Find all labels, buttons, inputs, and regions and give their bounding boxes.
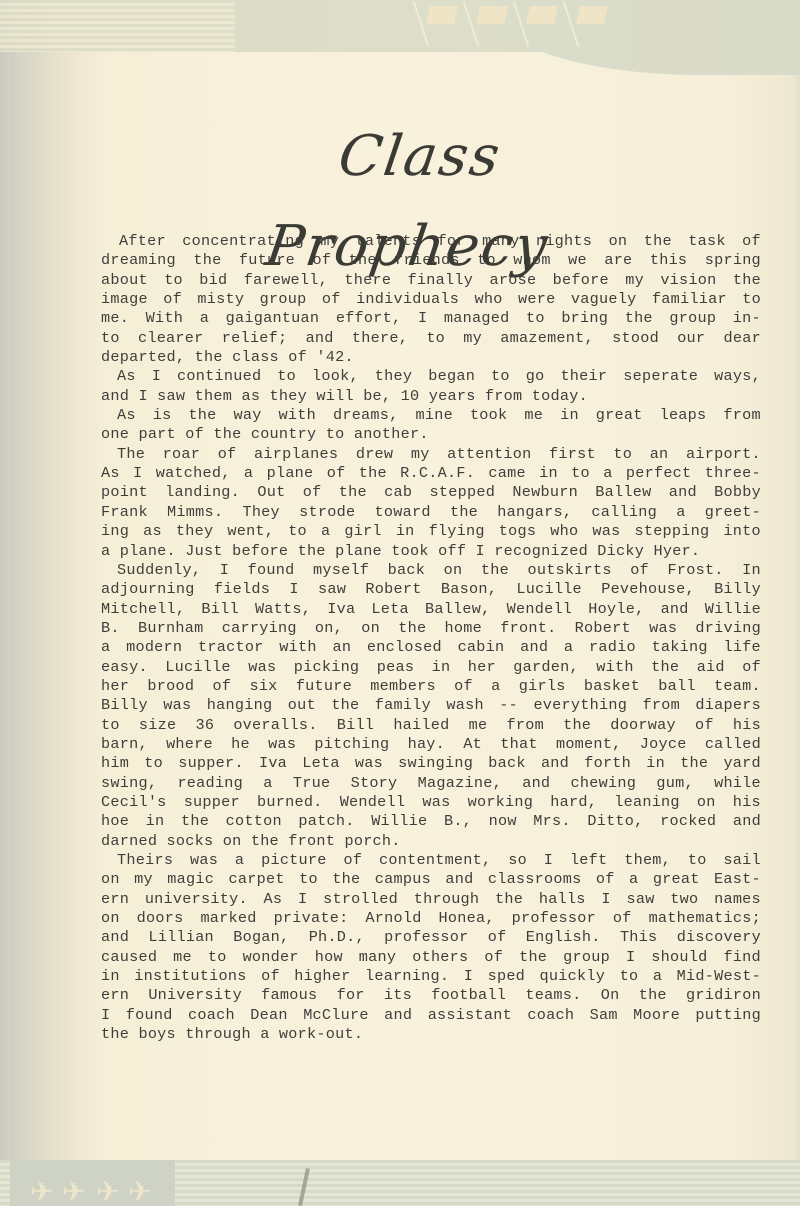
paragraph: Suddenly,Ifoundmyselfbackontheoutskirtso… (101, 561, 761, 851)
text-line: swing,readingaTrueStoryMagazine,andchewi… (101, 774, 761, 793)
text-line: dreamingthefutureofthefriendstowhomweare… (101, 251, 761, 270)
text-line: onmymagiccarpettothecampusandclassroomso… (101, 870, 761, 889)
paragraph: Theirswasapictureofcontentment,soIleftth… (101, 851, 761, 1044)
text-line: ingastheywent,toagirlinflyingtogswhowass… (101, 522, 761, 541)
prophecy-body-text: Afterconcentratingmytalentsformanynights… (101, 232, 761, 1044)
text-line: hoeinthecottonpatch.WillieB.,nowMrs.Ditt… (101, 812, 761, 831)
text-line: causedmetowonderhowmanyothersofthegroupI… (101, 948, 761, 967)
text-line: andLillianBogan,Ph.D.,professorofEnglish… (101, 928, 761, 947)
paragraph: AsIcontinuedtolook,theybegantogotheirsep… (101, 367, 761, 406)
airplane-icon: ✈ (96, 1174, 118, 1206)
top-decorative-band (0, 0, 800, 52)
yearbook-page: Class Prophecy Afterconcentratingmytalen… (0, 0, 800, 1206)
text-line: AsIcontinuedtolook,theybegantogotheirsep… (101, 367, 761, 386)
text-line: amoderntractorwithanenclosedcabinandarad… (101, 638, 761, 657)
text-line: Afterconcentratingmytalentsformanynights… (101, 232, 761, 251)
text-line: tosize36overalls.Billhailedmefromthedoor… (101, 716, 761, 735)
text-line: ernuniversity.AsIstrolledthroughthehalls… (101, 890, 761, 909)
paragraph: Asisthewaywithdreams,minetookmeingreatle… (101, 406, 761, 445)
text-line: and I saw them as they will be, 10 years… (101, 387, 761, 406)
flag-icon (526, 6, 558, 24)
flag-icon (426, 6, 458, 24)
text-line: Billywashangingoutthefamilywash--everyth… (101, 696, 761, 715)
text-line: ininstitutionsofhigherlearning.Ispedquic… (101, 967, 761, 986)
text-line: IfoundcoachDeanMcClureandassistantcoachS… (101, 1006, 761, 1025)
text-line: toclearerrelief;andthere,tomyamazement,s… (101, 329, 761, 348)
text-line: imageofmistygroupofindividualswhowerevag… (101, 290, 761, 309)
text-line: darned socks on the front porch. (101, 832, 761, 851)
text-line: Mitchell,BillWatts,IvaLetaBallew,Wendell… (101, 600, 761, 619)
flag-icon (576, 6, 608, 24)
flag-icon (476, 6, 508, 24)
text-line: pointlanding.OutofthecabsteppedNewburnBa… (101, 483, 761, 502)
text-line: ernUniversityfamousforitsfootballteams.O… (101, 986, 761, 1005)
text-line: AsIwatched,aplaneoftheR.C.A.F.cameintoap… (101, 464, 761, 483)
paragraph: Afterconcentratingmytalentsformanynights… (101, 232, 761, 367)
airplane-icon: ✈ (30, 1174, 52, 1206)
text-line: adjourningfieldsIsawRobertBason,LucilleP… (101, 580, 761, 599)
text-line: B.Burnhamcarryingon,onthehomefront.Rober… (101, 619, 761, 638)
text-line: me.Withagaigantuaneffort,Imanagedtobring… (101, 309, 761, 328)
text-line: the boys through a work-out. (101, 1025, 761, 1044)
ink-smudge (298, 1168, 310, 1206)
text-line: FrankMimms.Theystrodetowardthehangars,ca… (101, 503, 761, 522)
text-line: Theirswasapictureofcontentment,soIleftth… (101, 851, 761, 870)
text-line: Suddenly,Ifoundmyselfbackontheoutskirtso… (101, 561, 761, 580)
text-line: easy.Lucillewaspickingpeasinhergarden,wi… (101, 658, 761, 677)
text-line: ondoorsmarkedprivate:ArnoldHonea,profess… (101, 909, 761, 928)
text-line: barn,wherehewaspitchinghay.Atthatmoment,… (101, 735, 761, 754)
airplane-icon: ✈ (62, 1174, 84, 1206)
text-line: abouttobidfarewell,therefinallyarosebefo… (101, 271, 761, 290)
bottom-decorative-band: ✈ ✈ ✈ ✈ (0, 1160, 800, 1206)
text-line: Theroarofairplanesdrewmyattentionfirstto… (101, 445, 761, 464)
paragraph: Theroarofairplanesdrewmyattentionfirstto… (101, 445, 761, 561)
text-line: departed, the class of '42. (101, 348, 761, 367)
text-line: one part of the country to another. (101, 425, 761, 444)
text-line: a plane. Just before the plane took off … (101, 542, 761, 561)
page-title: Class Prophecy (184, 112, 657, 202)
text-line: Asisthewaywithdreams,minetookmeingreatle… (101, 406, 761, 425)
text-line: herbroodofsixfuturemembersofagirlsbasket… (101, 677, 761, 696)
airplane-icon: ✈ (128, 1174, 150, 1206)
text-line: Cecil'ssupperburned.Wendellwasworkinghar… (101, 793, 761, 812)
text-line: himtosupper.IvaLetawasswingingbackandfor… (101, 754, 761, 773)
